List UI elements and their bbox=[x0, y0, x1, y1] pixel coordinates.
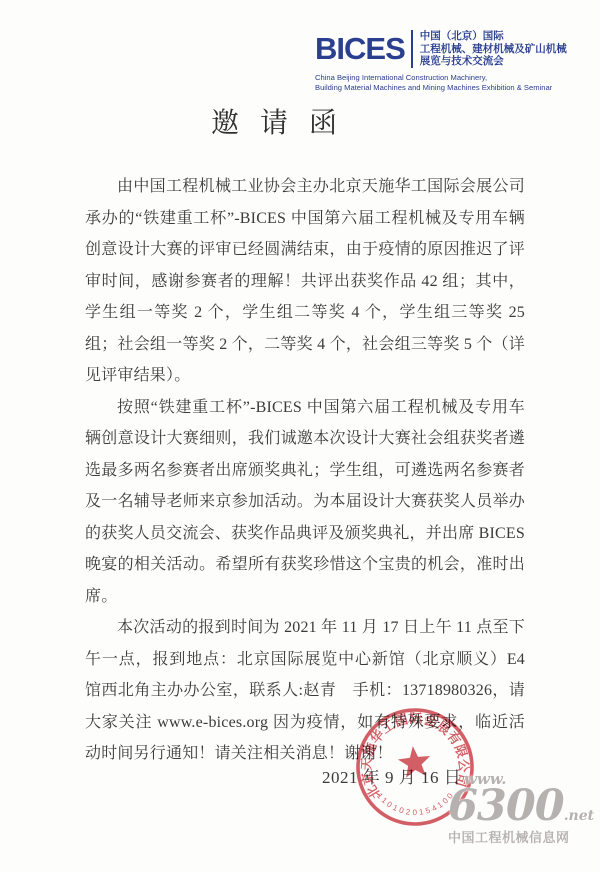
seal-star-icon bbox=[397, 744, 432, 778]
logo-en-line-1: China Beijing International Construction… bbox=[315, 73, 567, 83]
logo-cn-line-1: 中国（北京）国际 bbox=[420, 30, 567, 43]
site-watermark: www. 6300.net 中国工程机械信息网 bbox=[448, 772, 598, 844]
logo-cn-line-2: 工程机械、建材机械及矿山机械 bbox=[420, 43, 567, 56]
logo-divider bbox=[411, 30, 413, 68]
scanned-invitation-letter: BICES 中国（北京）国际 工程机械、建材机械及矿山机械 展览与技术交流会 C… bbox=[0, 0, 600, 872]
logo-english-name: China Beijing International Construction… bbox=[315, 73, 567, 92]
bices-logo-row: BICES 中国（北京）国际 工程机械、建材机械及矿山机械 展览与技术交流会 bbox=[315, 30, 567, 68]
watermark-caption: 中国工程机械信息网 bbox=[448, 831, 598, 844]
watermark-number-row: 6300.net bbox=[448, 785, 598, 828]
bices-logo: BICES 中国（北京）国际 工程机械、建材机械及矿山机械 展览与技术交流会 C… bbox=[315, 30, 567, 92]
watermark-number: 6300 bbox=[448, 781, 564, 831]
paragraph-1: 由中国工程机械工业协会主办北京天施华工国际会展公司承办的“铁建重工杯”-BICE… bbox=[85, 171, 525, 392]
logo-chinese-name: 中国（北京）国际 工程机械、建材机械及矿山机械 展览与技术交流会 bbox=[420, 30, 567, 68]
paragraph-2: 按照“铁建重工杯”-BICES 中国第六届工程机械及专用车辆创意设计大赛细则，我… bbox=[85, 392, 525, 613]
letter-body: 由中国工程机械工业协会主办北京天施华工国际会展公司承办的“铁建重工杯”-BICE… bbox=[85, 171, 525, 770]
logo-en-line-2: Building Material Machines and Mining Ma… bbox=[315, 83, 567, 93]
watermark-net: .net bbox=[564, 808, 594, 824]
letter-title: 邀 请 函 bbox=[211, 106, 337, 142]
logo-cn-line-3: 展览与技术交流会 bbox=[420, 55, 567, 68]
bices-logo-acronym: BICES bbox=[315, 32, 405, 66]
